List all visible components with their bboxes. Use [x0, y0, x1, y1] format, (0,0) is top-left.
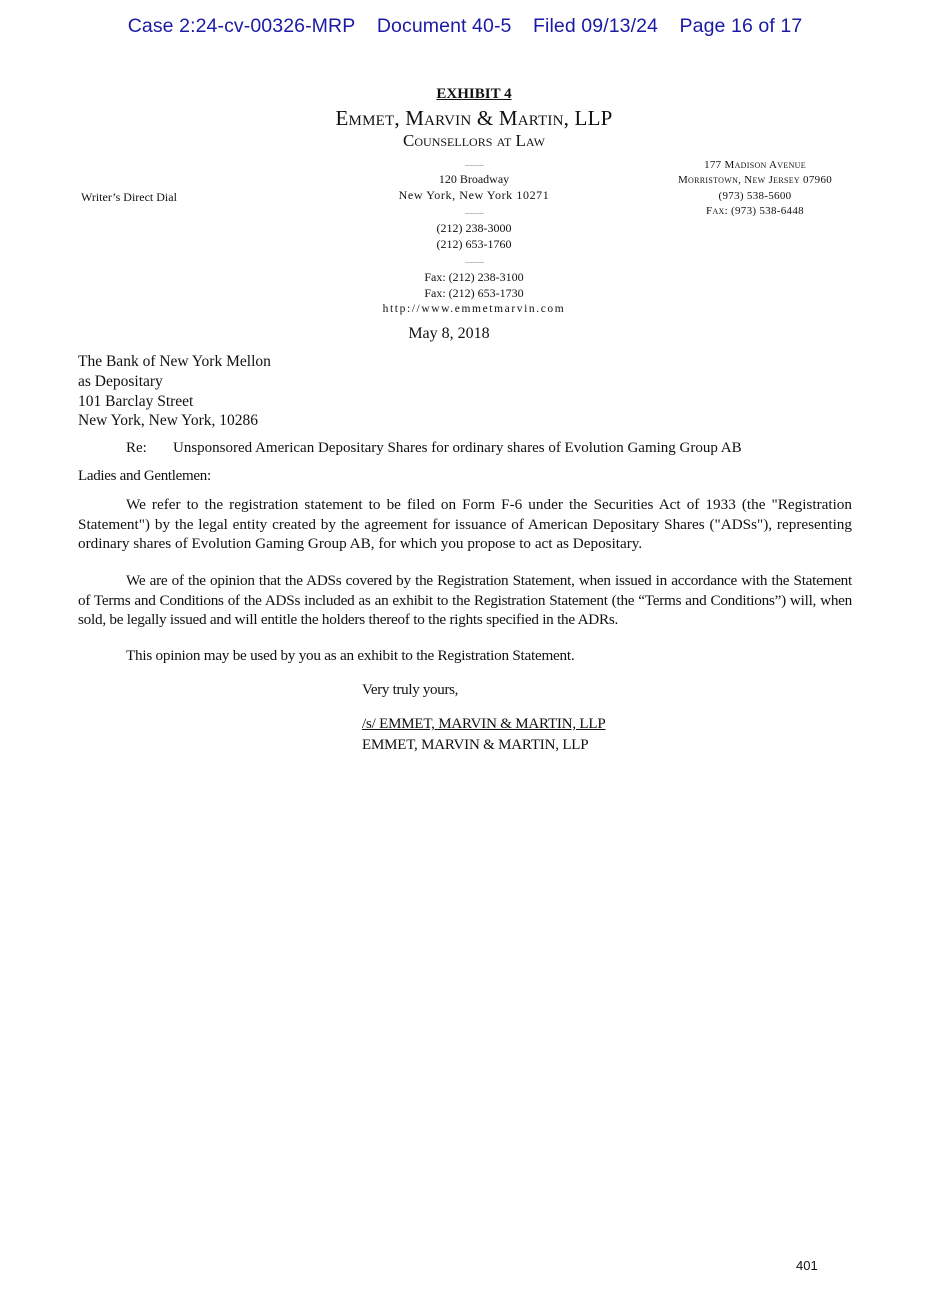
addressee-block: The Bank of New York Mellon as Depositar… [78, 352, 271, 431]
re-line: Re:Unsponsored American Depositary Share… [126, 440, 742, 457]
nj-phone: (973) 538-5600 [660, 189, 850, 204]
ny-fax-2: Fax: (212) 653-1730 [0, 286, 930, 301]
nj-street: 177 Madison Avenue [660, 158, 850, 173]
re-label: Re: [126, 440, 173, 457]
addressee-line: as Depositary [78, 372, 271, 392]
body-paragraph-1: We refer to the registration statement t… [78, 495, 852, 554]
closing: Very truly yours, [362, 682, 458, 699]
separator: ______ [0, 255, 930, 264]
firm-tagline: Counsellors at Law [0, 131, 930, 151]
salutation: Ladies and Gentlemen: [78, 468, 211, 485]
nj-city: Morristown, New Jersey 07960 [660, 173, 850, 188]
case-number: Case 2:24-cv-00326-MRP [128, 15, 356, 37]
ny-phone-1: (212) 238-3000 [0, 221, 930, 236]
court-filing-header: Case 2:24-cv-00326-MRP Document 40-5 Fil… [0, 15, 930, 38]
page-number: 401 [796, 1258, 818, 1273]
addressee-line: The Bank of New York Mellon [78, 352, 271, 372]
signatory-name: EMMET, MARVIN & MARTIN, LLP [362, 737, 588, 754]
nj-office-block: 177 Madison Avenue Morristown, New Jerse… [660, 158, 850, 219]
filed-date: Filed 09/13/24 [533, 15, 658, 37]
addressee-line: New York, New York, 10286 [78, 411, 271, 431]
addressee-line: 101 Barclay Street [78, 392, 271, 412]
signature: /s/ EMMET, MARVIN & MARTIN, LLP [362, 716, 606, 733]
firm-website: http://www.emmetmarvin.com [0, 303, 930, 315]
nj-fax: Fax: (973) 538-6448 [660, 204, 850, 219]
re-subject: Unsponsored American Depositary Shares f… [173, 440, 742, 456]
ny-phone-2: (212) 653-1760 [0, 237, 930, 252]
exhibit-label: EXHIBIT 4 [0, 86, 930, 103]
body-paragraph-2: We are of the opinion that the ADSs cove… [78, 571, 852, 630]
document-number: Document 40-5 [377, 15, 512, 37]
ny-fax-1: Fax: (212) 238-3100 [0, 270, 930, 285]
firm-name: Emmet, Marvin & Martin, LLP [0, 106, 930, 131]
body-paragraph-3: This opinion may be used by you as an ex… [126, 646, 574, 666]
page-of-pages: Page 16 of 17 [680, 15, 803, 37]
writer-direct-dial: Writer’s Direct Dial [81, 190, 177, 205]
letter-date: May 8, 2018 [0, 325, 898, 343]
